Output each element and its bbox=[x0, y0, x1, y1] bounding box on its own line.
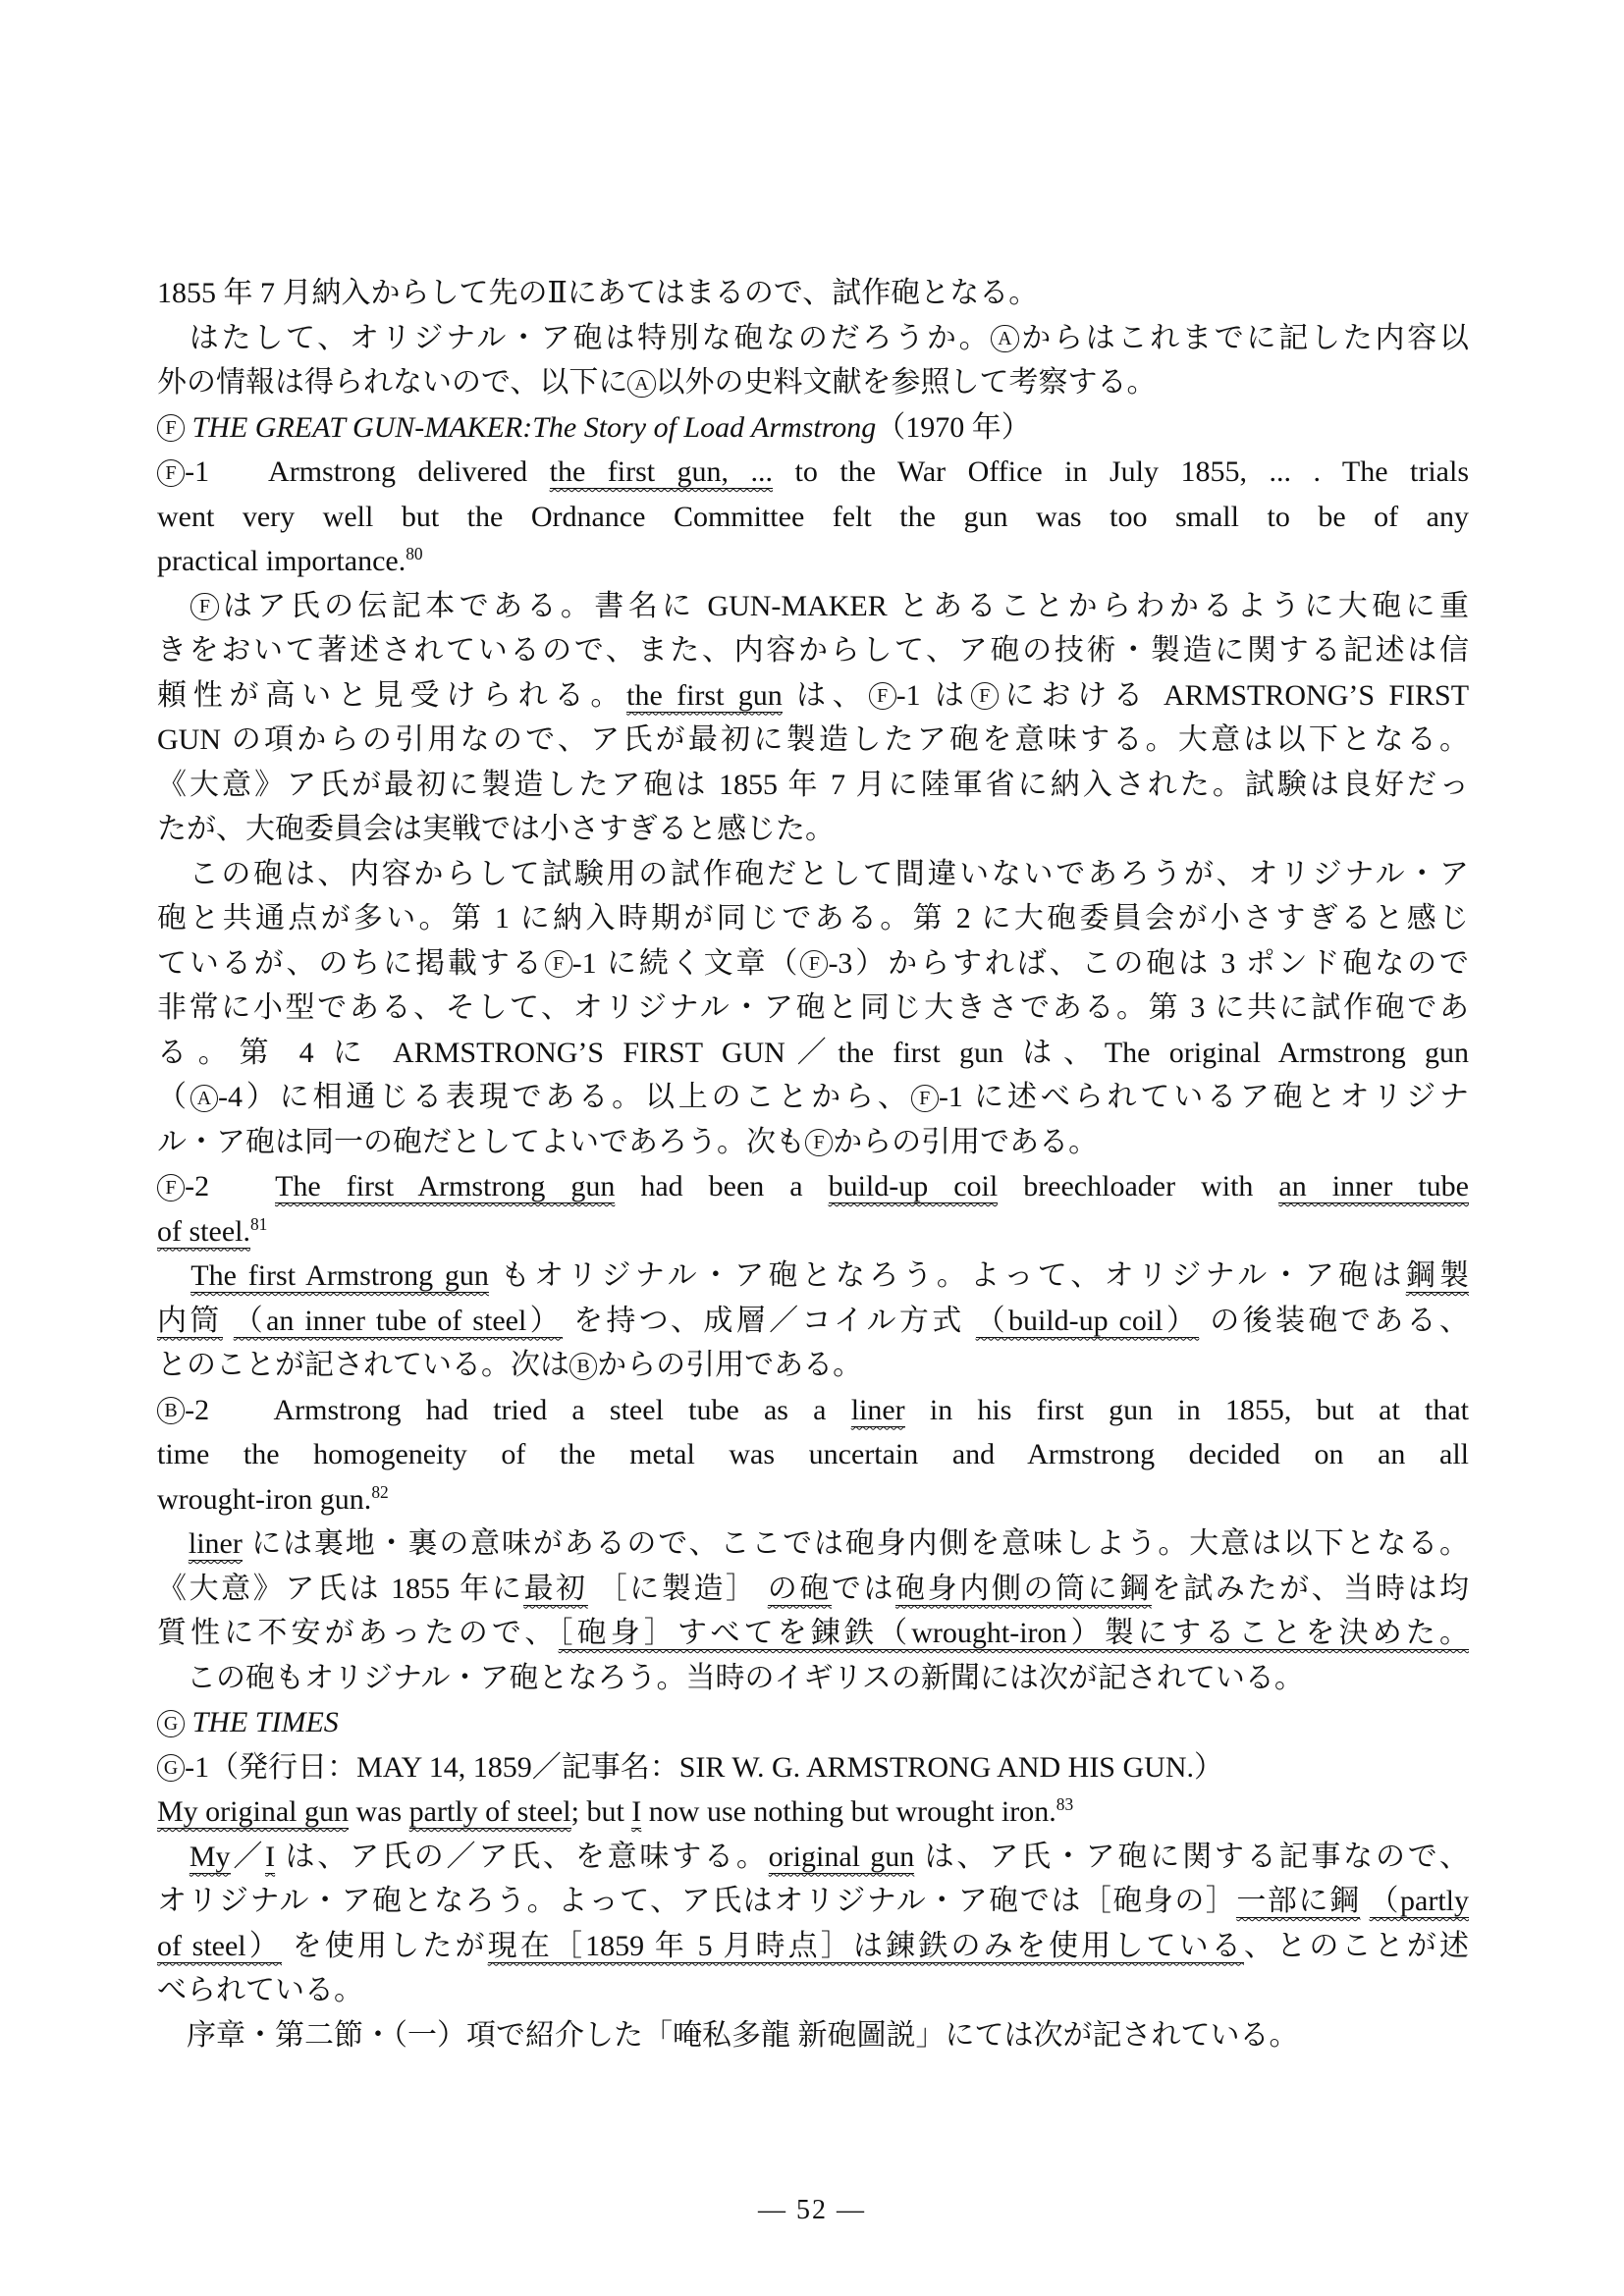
emphasis-underline: （an inner tube of steel） bbox=[234, 1305, 563, 1338]
text-line: 序章・第二節・（一）項で紹介した「唵私多龍 新砲圖説」にては次が記されている。 bbox=[157, 2013, 1469, 2058]
text-line: GUN の項からの引用なので、ア氏が最初に製造したア砲を意味する。大意は以下とな… bbox=[157, 718, 1469, 763]
text-line: この砲は、内容からして試験用の試作砲だとして間違いないであろうが、オリジナル・ア bbox=[157, 852, 1469, 897]
circled-letter: F bbox=[157, 414, 185, 442]
emphasis-underline: ［砲身］すべてを錬鉄（wrought-iron）製にすることを決めた。 bbox=[559, 1617, 1469, 1650]
emphasis-underline: The first Armstrong gun bbox=[190, 1259, 489, 1293]
text-segment: 以外の史料文献を参照して考察する。 bbox=[656, 366, 1157, 399]
text-segment: オリジナル・ア砲となろう。よって、ア氏はオリジナル・ア砲では［砲身の］ bbox=[157, 1885, 1236, 1917]
text-line: ているが、のちに掲載するF-1 に続く文章（F-3）からすれば、この砲は 3 ポ… bbox=[157, 941, 1469, 987]
text-line: ル・ア砲は同一の砲だとしてよいであろう。次もFからの引用である。 bbox=[157, 1120, 1469, 1165]
page-number: — 52 — bbox=[0, 2195, 1624, 2226]
text-line: る。第 4 に ARMSTRONG’S FIRST GUN／the first … bbox=[157, 1031, 1469, 1076]
text-segment: went very well but the Ordnance Committe… bbox=[157, 501, 1469, 533]
text-segment: の後装砲である、 bbox=[1199, 1305, 1469, 1337]
emphasis-underline: the first gun bbox=[626, 679, 783, 713]
text-line: 内筒 （an inner tube of steel） を持つ、成層／コイル方式… bbox=[157, 1299, 1469, 1344]
emphasis-underline: 一部に鋼 bbox=[1236, 1885, 1360, 1918]
text-segment: たが、大砲委員会は実戦では小さすぎると感じた。 bbox=[157, 813, 835, 845]
text-line: この砲もオリジナル・ア砲となろう。当時のイギリスの新聞には次が記されている。 bbox=[157, 1656, 1469, 1701]
text-segment: を試みたが、当時は均 bbox=[1152, 1573, 1469, 1605]
emphasis-underline: build-up coil bbox=[829, 1170, 999, 1203]
text-segment: 1855 年 7 月納入からして先のⅡにあてはまるので、試作砲となる。 bbox=[157, 277, 1038, 309]
text-segment: 序章・第二節・（一）項で紹介した「唵私多龍 新砲圖説」にては次が記されている。 bbox=[157, 2019, 1299, 2052]
text-segment: -1 に続く文章（ bbox=[572, 947, 801, 980]
text-segment: この砲は、内容からして試験用の試作砲だとして間違いないであろうが、オリジナル・ア bbox=[157, 858, 1469, 890]
emphasis-underline: an inner tube bbox=[1278, 1170, 1469, 1203]
text-line: B-2 Armstrong had tried a steel tube as … bbox=[157, 1388, 1469, 1433]
text-line: My original gun was partly of steel; but… bbox=[157, 1789, 1469, 1835]
circled-letter: G bbox=[157, 1710, 185, 1737]
text-segment: （1970 年） bbox=[876, 411, 1031, 444]
text-line: とのことが記されている。次はBからの引用である。 bbox=[157, 1343, 1469, 1388]
emphasis-underline: partly of steel bbox=[409, 1795, 571, 1829]
text-segment: breechloader with bbox=[998, 1170, 1278, 1202]
text-segment: -4）に相通じる表現である。以上のことから、 bbox=[218, 1081, 911, 1113]
text-segment: -1 Armstrong delivered bbox=[185, 455, 550, 488]
emphasis-underline: 鋼製 bbox=[1406, 1259, 1469, 1293]
emphasis-underline: liner bbox=[189, 1527, 243, 1561]
emphasis-underline: the first gun, ... bbox=[550, 455, 773, 489]
text-segment: はたして、オリジナル・ア砲は特別な砲なのだろうか。 bbox=[157, 322, 991, 354]
emphasis-underline: I bbox=[265, 1841, 275, 1874]
text-line: F-2 The first Armstrong gun had been a b… bbox=[157, 1164, 1469, 1209]
text-segment: was bbox=[349, 1795, 409, 1828]
circled-letter: B bbox=[157, 1397, 185, 1424]
text-segment bbox=[223, 1305, 234, 1337]
italic-title: THE GREAT GUN-MAKER:The Story of Load Ar… bbox=[192, 411, 877, 444]
text-segment: ているが、のちに掲載する bbox=[157, 947, 545, 980]
text-segment: now use nothing but wrought iron. bbox=[641, 1795, 1056, 1828]
text-segment: （ bbox=[157, 1081, 190, 1113]
emphasis-underline: 内筒 bbox=[157, 1305, 223, 1338]
circled-letter: F bbox=[157, 459, 185, 487]
text-segment: もオリジナル・ア砲となろう。よって、オリジナル・ア砲は bbox=[489, 1259, 1406, 1292]
text-line: 外の情報は得られないので、以下にA以外の史料文献を参照して考察する。 bbox=[157, 360, 1469, 405]
text-segment: からはこれまでに記した内容以 bbox=[1019, 322, 1470, 354]
circled-letter: F bbox=[805, 1129, 833, 1156]
text-line: My／I は、ア氏の／ア氏、を意味する。original gun は、ア氏・ア砲… bbox=[157, 1835, 1469, 1880]
text-line: 非常に小型である、そして、オリジナル・ア砲と同じ大きさである。第 3 に共に試作… bbox=[157, 986, 1469, 1031]
text-segment bbox=[185, 1706, 192, 1738]
circled-letter: A bbox=[627, 370, 655, 398]
text-segment: 外の情報は得られないので、以下に bbox=[157, 366, 627, 399]
text-segment: からの引用である。 bbox=[597, 1349, 862, 1381]
footnote-ref: 81 bbox=[250, 1214, 267, 1234]
text-segment: wrought-iron gun. bbox=[157, 1483, 371, 1516]
text-segment: を使用したが bbox=[282, 1930, 488, 1962]
text-segment: ル・ア砲は同一の砲だとしてよいであろう。次も bbox=[157, 1126, 805, 1158]
text-segment: -1 に述べられているア砲とオリジナ bbox=[939, 1081, 1469, 1113]
text-line: （A-4）に相通じる表現である。以上のことから、F-1 に述べられているア砲とオ… bbox=[157, 1075, 1469, 1120]
emphasis-underline: 最初 bbox=[523, 1573, 587, 1606]
text-segment: べられている。 bbox=[157, 1974, 363, 2006]
text-segment: は、ア氏の／ア氏、を意味する。 bbox=[275, 1841, 769, 1873]
text-segment: 、とのことが述 bbox=[1244, 1930, 1469, 1962]
text-segment bbox=[157, 1527, 189, 1560]
emphasis-underline: of steel. bbox=[157, 1215, 250, 1249]
emphasis-underline: My bbox=[189, 1841, 231, 1874]
text-segment: を持つ、成層／コイル方式 bbox=[563, 1305, 975, 1337]
text-line: はたして、オリジナル・ア砲は特別な砲なのだろうか。Aからはこれまでに記した内容以 bbox=[157, 316, 1469, 361]
text-line: practical importance.80 bbox=[157, 539, 1469, 584]
circled-letter: G bbox=[157, 1754, 185, 1782]
italic-title: THE TIMES bbox=[192, 1706, 339, 1738]
document-page: 1855 年 7 月納入からして先のⅡにあてはまるので、試作砲となる。 はたして… bbox=[0, 0, 1624, 2296]
emphasis-underline: 現在［1859 年 5 月時点］は錬鉄のみを使用している bbox=[488, 1930, 1244, 1963]
text-line: 《大意》ア氏が最初に製造したア砲は 1855 年 7 月に陸軍省に納入された。試… bbox=[157, 763, 1469, 808]
text-line: 《大意》ア氏は 1855 年に最初 ［に製造］ の砲では砲身内側の筒に鋼を試みた… bbox=[157, 1567, 1469, 1612]
emphasis-underline: of steel） bbox=[157, 1930, 282, 1963]
text-segment: ／ bbox=[231, 1841, 266, 1873]
emphasis-underline: My original gun bbox=[157, 1795, 349, 1829]
text-segment: ; but bbox=[571, 1795, 632, 1828]
text-segment: GUN の項からの引用なので、ア氏が最初に製造したア砲を意味する。大意は以下とな… bbox=[157, 723, 1469, 756]
text-segment: る。第 4 に ARMSTRONG’S FIRST GUN／the first … bbox=[157, 1037, 1469, 1069]
text-segment: -1（発行日：MAY 14, 1859／記事名：SIR W. G. ARMSTR… bbox=[185, 1751, 1223, 1784]
circled-letter: B bbox=[569, 1353, 597, 1380]
text-segment: to the War Office in July 1855, ... . Th… bbox=[773, 455, 1469, 488]
circled-letter: F bbox=[157, 1174, 185, 1201]
emphasis-underline: I bbox=[631, 1795, 641, 1829]
text-segment: からの引用である。 bbox=[833, 1126, 1098, 1158]
text-line: 砲と共通点が多い。第 1 に納入時期が同じである。第 2 に大砲委員会が小さすぎ… bbox=[157, 896, 1469, 941]
text-segment bbox=[185, 411, 192, 444]
footnote-ref: 80 bbox=[406, 544, 422, 563]
text-segment: では bbox=[832, 1573, 895, 1605]
text-segment: 《大意》ア氏が最初に製造したア砲は 1855 年 7 月に陸軍省に納入された。試… bbox=[157, 769, 1469, 801]
text-segment: とのことが記されている。次は bbox=[157, 1349, 569, 1381]
emphasis-underline: The first Armstrong gun bbox=[275, 1170, 615, 1203]
circled-letter: F bbox=[800, 950, 828, 978]
text-segment: は、ア氏・ア砲に関する記事なので、 bbox=[914, 1841, 1469, 1873]
text-line: of steel.81 bbox=[157, 1209, 1469, 1255]
text-segment: -1 は bbox=[896, 679, 971, 712]
text-segment bbox=[157, 1841, 189, 1873]
emphasis-underline: 砲身内側の筒に鋼 bbox=[895, 1573, 1152, 1606]
text-line: went very well but the Ordnance Committe… bbox=[157, 495, 1469, 540]
text-line: 質性に不安があったので、［砲身］すべてを錬鉄（wrought-iron）製にする… bbox=[157, 1611, 1469, 1656]
text-line: liner には裏地・裏の意味があるので、ここでは砲身内側を意味しよう。大意は以… bbox=[157, 1522, 1469, 1567]
text-segment: 頼性が高いと見受けられる。 bbox=[157, 679, 626, 712]
circled-letter: F bbox=[869, 682, 896, 710]
text-line: 1855 年 7 月納入からして先のⅡにあてはまるので、試作砲となる。 bbox=[157, 271, 1469, 316]
text-line: 頼性が高いと見受けられる。the first gun は、F-1 はFにおける … bbox=[157, 673, 1469, 719]
emphasis-underline: （partly bbox=[1370, 1885, 1470, 1918]
text-segment bbox=[157, 590, 190, 622]
emphasis-underline: original gun bbox=[769, 1841, 915, 1874]
text-line: of steel） を使用したが現在［1859 年 5 月時点］は錬鉄のみを使用… bbox=[157, 1924, 1469, 1969]
text-line: たが、大砲委員会は実戦では小さすぎると感じた。 bbox=[157, 807, 1469, 852]
text-segment bbox=[157, 1259, 190, 1292]
text-segment: 《大意》ア氏は 1855 年に bbox=[157, 1573, 523, 1605]
footnote-ref: 82 bbox=[371, 1482, 388, 1502]
text-segment: は、 bbox=[783, 679, 869, 712]
text-line: Fはア氏の伝記本である。書名に GUN-MAKER とあることからわかるように大… bbox=[157, 584, 1469, 629]
text-line: G-1（発行日：MAY 14, 1859／記事名：SIR W. G. ARMST… bbox=[157, 1745, 1469, 1790]
text-segment: 質性に不安があったので、 bbox=[157, 1617, 559, 1649]
text-segment: における ARMSTRONG’S FIRST bbox=[999, 679, 1469, 712]
text-line: きをおいて著述されているので、また、内容からして、ア砲の技術・製造に関する記述は… bbox=[157, 628, 1469, 673]
text-segment: in his first gun in 1855, but at that bbox=[905, 1394, 1469, 1426]
emphasis-underline: （build-up coil） bbox=[976, 1305, 1200, 1338]
text-line: F-1 Armstrong delivered the first gun, .… bbox=[157, 450, 1469, 495]
circled-letter: A bbox=[190, 1085, 218, 1112]
text-line: G THE TIMES bbox=[157, 1700, 1469, 1745]
text-segment: ［に製造］ bbox=[588, 1573, 768, 1605]
text-segment: -2 bbox=[185, 1170, 275, 1202]
text-segment: 砲と共通点が多い。第 1 に納入時期が同じである。第 2 に大砲委員会が小さすぎ… bbox=[157, 902, 1469, 934]
text-segment: had been a bbox=[615, 1170, 828, 1202]
text-line: オリジナル・ア砲となろう。よって、ア氏はオリジナル・ア砲では［砲身の］一部に鋼 … bbox=[157, 1879, 1469, 1924]
text-segment: には裏地・裏の意味があるので、ここでは砲身内側を意味しよう。大意は以下となる。 bbox=[243, 1527, 1469, 1560]
footnote-ref: 83 bbox=[1056, 1794, 1073, 1814]
text-line: F THE GREAT GUN-MAKER:The Story of Load … bbox=[157, 405, 1469, 451]
circled-letter: F bbox=[190, 593, 218, 620]
circled-letter: F bbox=[911, 1085, 939, 1112]
circled-letter: F bbox=[545, 950, 572, 978]
text-line: time the homogeneity of the metal was un… bbox=[157, 1432, 1469, 1477]
emphasis-underline: liner bbox=[851, 1394, 905, 1427]
text-segment: -2 Armstrong had tried a steel tube as a bbox=[185, 1394, 851, 1426]
text-line: wrought-iron gun.82 bbox=[157, 1477, 1469, 1522]
text-segment: はア氏の伝記本である。書名に GUN-MAKER とあることからわかるように大砲… bbox=[219, 590, 1470, 622]
text-segment: 非常に小型である、そして、オリジナル・ア砲と同じ大きさである。第 3 に共に試作… bbox=[157, 991, 1469, 1024]
text-segment: time the homogeneity of the metal was un… bbox=[157, 1438, 1469, 1470]
text-segment: -3）からすれば、この砲は 3 ポンド砲なので bbox=[828, 947, 1469, 980]
document-body: 1855 年 7 月納入からして先のⅡにあてはまるので、試作砲となる。 はたして… bbox=[157, 271, 1469, 2057]
emphasis-underline: の砲 bbox=[768, 1573, 832, 1606]
text-line: The first Armstrong gun もオリジナル・ア砲となろう。よっ… bbox=[157, 1254, 1469, 1299]
text-segment: この砲もオリジナル・ア砲となろう。当時のイギリスの新聞には次が記されている。 bbox=[157, 1662, 1304, 1694]
circled-letter: F bbox=[971, 682, 999, 710]
text-segment: きをおいて著述されているので、また、内容からして、ア砲の技術・製造に関する記述は… bbox=[157, 634, 1469, 667]
text-segment bbox=[1360, 1885, 1369, 1917]
text-segment: practical importance. bbox=[157, 545, 406, 577]
text-line: べられている。 bbox=[157, 1968, 1469, 2013]
circled-letter: A bbox=[991, 325, 1018, 352]
